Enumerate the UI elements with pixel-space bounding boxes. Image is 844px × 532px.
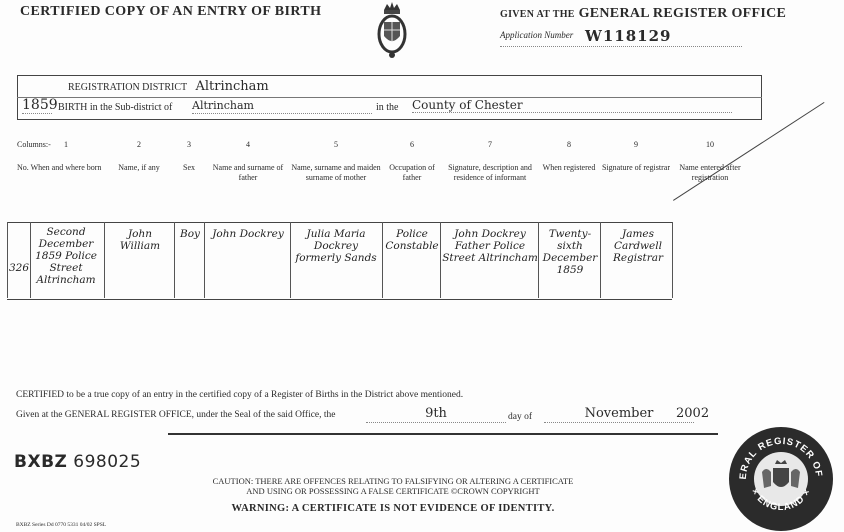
- series-code: BXBZ Series Dd 0770 5331 04/02 SPSL: [16, 522, 106, 528]
- column-number-5: 5: [290, 140, 382, 149]
- entry-mother: Julia Maria Dockrey formerly Sands: [292, 228, 380, 264]
- royal-coat-of-arms-icon: [372, 0, 412, 60]
- entry-name: John William: [108, 228, 172, 252]
- column-number-7: 7: [440, 140, 540, 149]
- column-divider: [382, 222, 383, 298]
- given-at-label: Given at the GENERAL REGISTER OFFICE, un…: [16, 410, 336, 420]
- county-value: County of Chester: [412, 98, 732, 113]
- birth-year: 1859: [22, 97, 52, 114]
- signature-rule: [168, 433, 718, 435]
- certificate-title: CERTIFIED COPY OF AN ENTRY OF BIRTH: [20, 4, 321, 20]
- title-right-prefix: GIVEN AT THE: [500, 9, 575, 20]
- column-heading-8: When registered: [538, 163, 600, 173]
- certification-statement: CERTIFIED to be a true copy of an entry …: [16, 390, 463, 400]
- birth-sub-district-label: BIRTH in the Sub-district of: [58, 102, 172, 113]
- no-label: No.: [17, 163, 29, 172]
- column-number-8: 8: [538, 140, 600, 149]
- column-divider: [538, 222, 539, 298]
- column-divider: [174, 222, 175, 298]
- entry-father: John Dockrey: [208, 228, 288, 240]
- given-month: November: [544, 406, 694, 423]
- given-at-statement: Given at the GENERAL REGISTER OFFICE, un…: [16, 410, 716, 420]
- sub-district-value: Altrincham: [192, 99, 372, 114]
- column-number-6: 6: [382, 140, 442, 149]
- column-divider: [600, 222, 601, 298]
- serial-number: 698025: [73, 452, 141, 472]
- identity-warning: WARNING: A CERTIFICATE IS NOT EVIDENCE O…: [168, 503, 618, 514]
- application-number-value: W118129: [585, 27, 671, 45]
- caution-notice: CAUTION: THERE ARE OFFENCES RELATING TO …: [168, 476, 618, 496]
- column-divider: [204, 222, 205, 298]
- column-heading-6: Occupation of father: [382, 163, 442, 183]
- general-register-office-seal-icon: GENERAL REGISTER OFFICE × ENGLAND ×: [728, 426, 834, 532]
- entry-when-where-born: Second December 1859 Police Street Altri…: [30, 226, 102, 286]
- column-divider: [672, 222, 673, 298]
- application-number-label: Application Number: [500, 30, 573, 40]
- column-number-2: 2: [106, 140, 172, 149]
- column-heading-1: When and where born: [30, 163, 102, 173]
- column-heading-9: Signature of registrar: [600, 163, 672, 173]
- caution-line-2: AND USING OR POSSESSING A FALSE CERTIFIC…: [168, 486, 618, 496]
- column-divider: [7, 222, 8, 298]
- application-number-field: Application Number W118129: [500, 30, 742, 47]
- column-heading-10: Name entered after registration: [672, 163, 748, 183]
- in-the-label: in the: [376, 102, 399, 113]
- caution-line-1: CAUTION: THERE ARE OFFENCES RELATING TO …: [168, 476, 618, 486]
- column-heading-3: Sex: [174, 163, 204, 173]
- entry-informant: John Dockrey Father Police Street Altrin…: [442, 228, 538, 264]
- issuing-office-title: GIVEN AT THE GENERAL REGISTER OFFICE: [500, 6, 786, 22]
- entry-father-occupation: Police Constable: [384, 228, 440, 252]
- column-heading-2: Name, if any: [106, 163, 172, 173]
- day-of-label: day of: [508, 412, 532, 422]
- registration-district-row: REGISTRATION DISTRICT Altrincham: [68, 79, 269, 94]
- column-number-3: 3: [174, 140, 204, 149]
- column-divider: [290, 222, 291, 298]
- column-heading-4: Name and surname of father: [206, 163, 290, 183]
- registration-district-value: Altrincham: [195, 79, 268, 94]
- given-year: 2002: [676, 406, 709, 421]
- registration-district-label: REGISTRATION DISTRICT: [68, 82, 187, 93]
- column-number-4: 4: [206, 140, 290, 149]
- given-day: 9th: [366, 406, 506, 423]
- sub-district-row: 1859 BIRTH in the Sub-district of Altrin…: [22, 100, 757, 116]
- entry-sex: Boy: [176, 228, 204, 240]
- serial-prefix: BXBZ: [14, 452, 67, 472]
- column-number-9: 9: [600, 140, 672, 149]
- column-divider: [104, 222, 105, 298]
- title-right-main: GENERAL REGISTER OFFICE: [579, 6, 787, 21]
- column-divider: [440, 222, 441, 298]
- column-number-10: 10: [672, 140, 748, 149]
- column-heading-5: Name, surname and maiden surname of moth…: [290, 163, 382, 183]
- column-heading-7: Signature, description and residence of …: [440, 163, 540, 183]
- entry-registrar: James Cardwell Registrar: [604, 228, 672, 264]
- column-number-1: 1: [30, 140, 102, 149]
- entry-number: 326: [8, 262, 30, 274]
- certificate-serial: BXBZ 698025: [14, 452, 141, 472]
- entry-when-registered: Twenty-sixth December 1859: [540, 228, 600, 276]
